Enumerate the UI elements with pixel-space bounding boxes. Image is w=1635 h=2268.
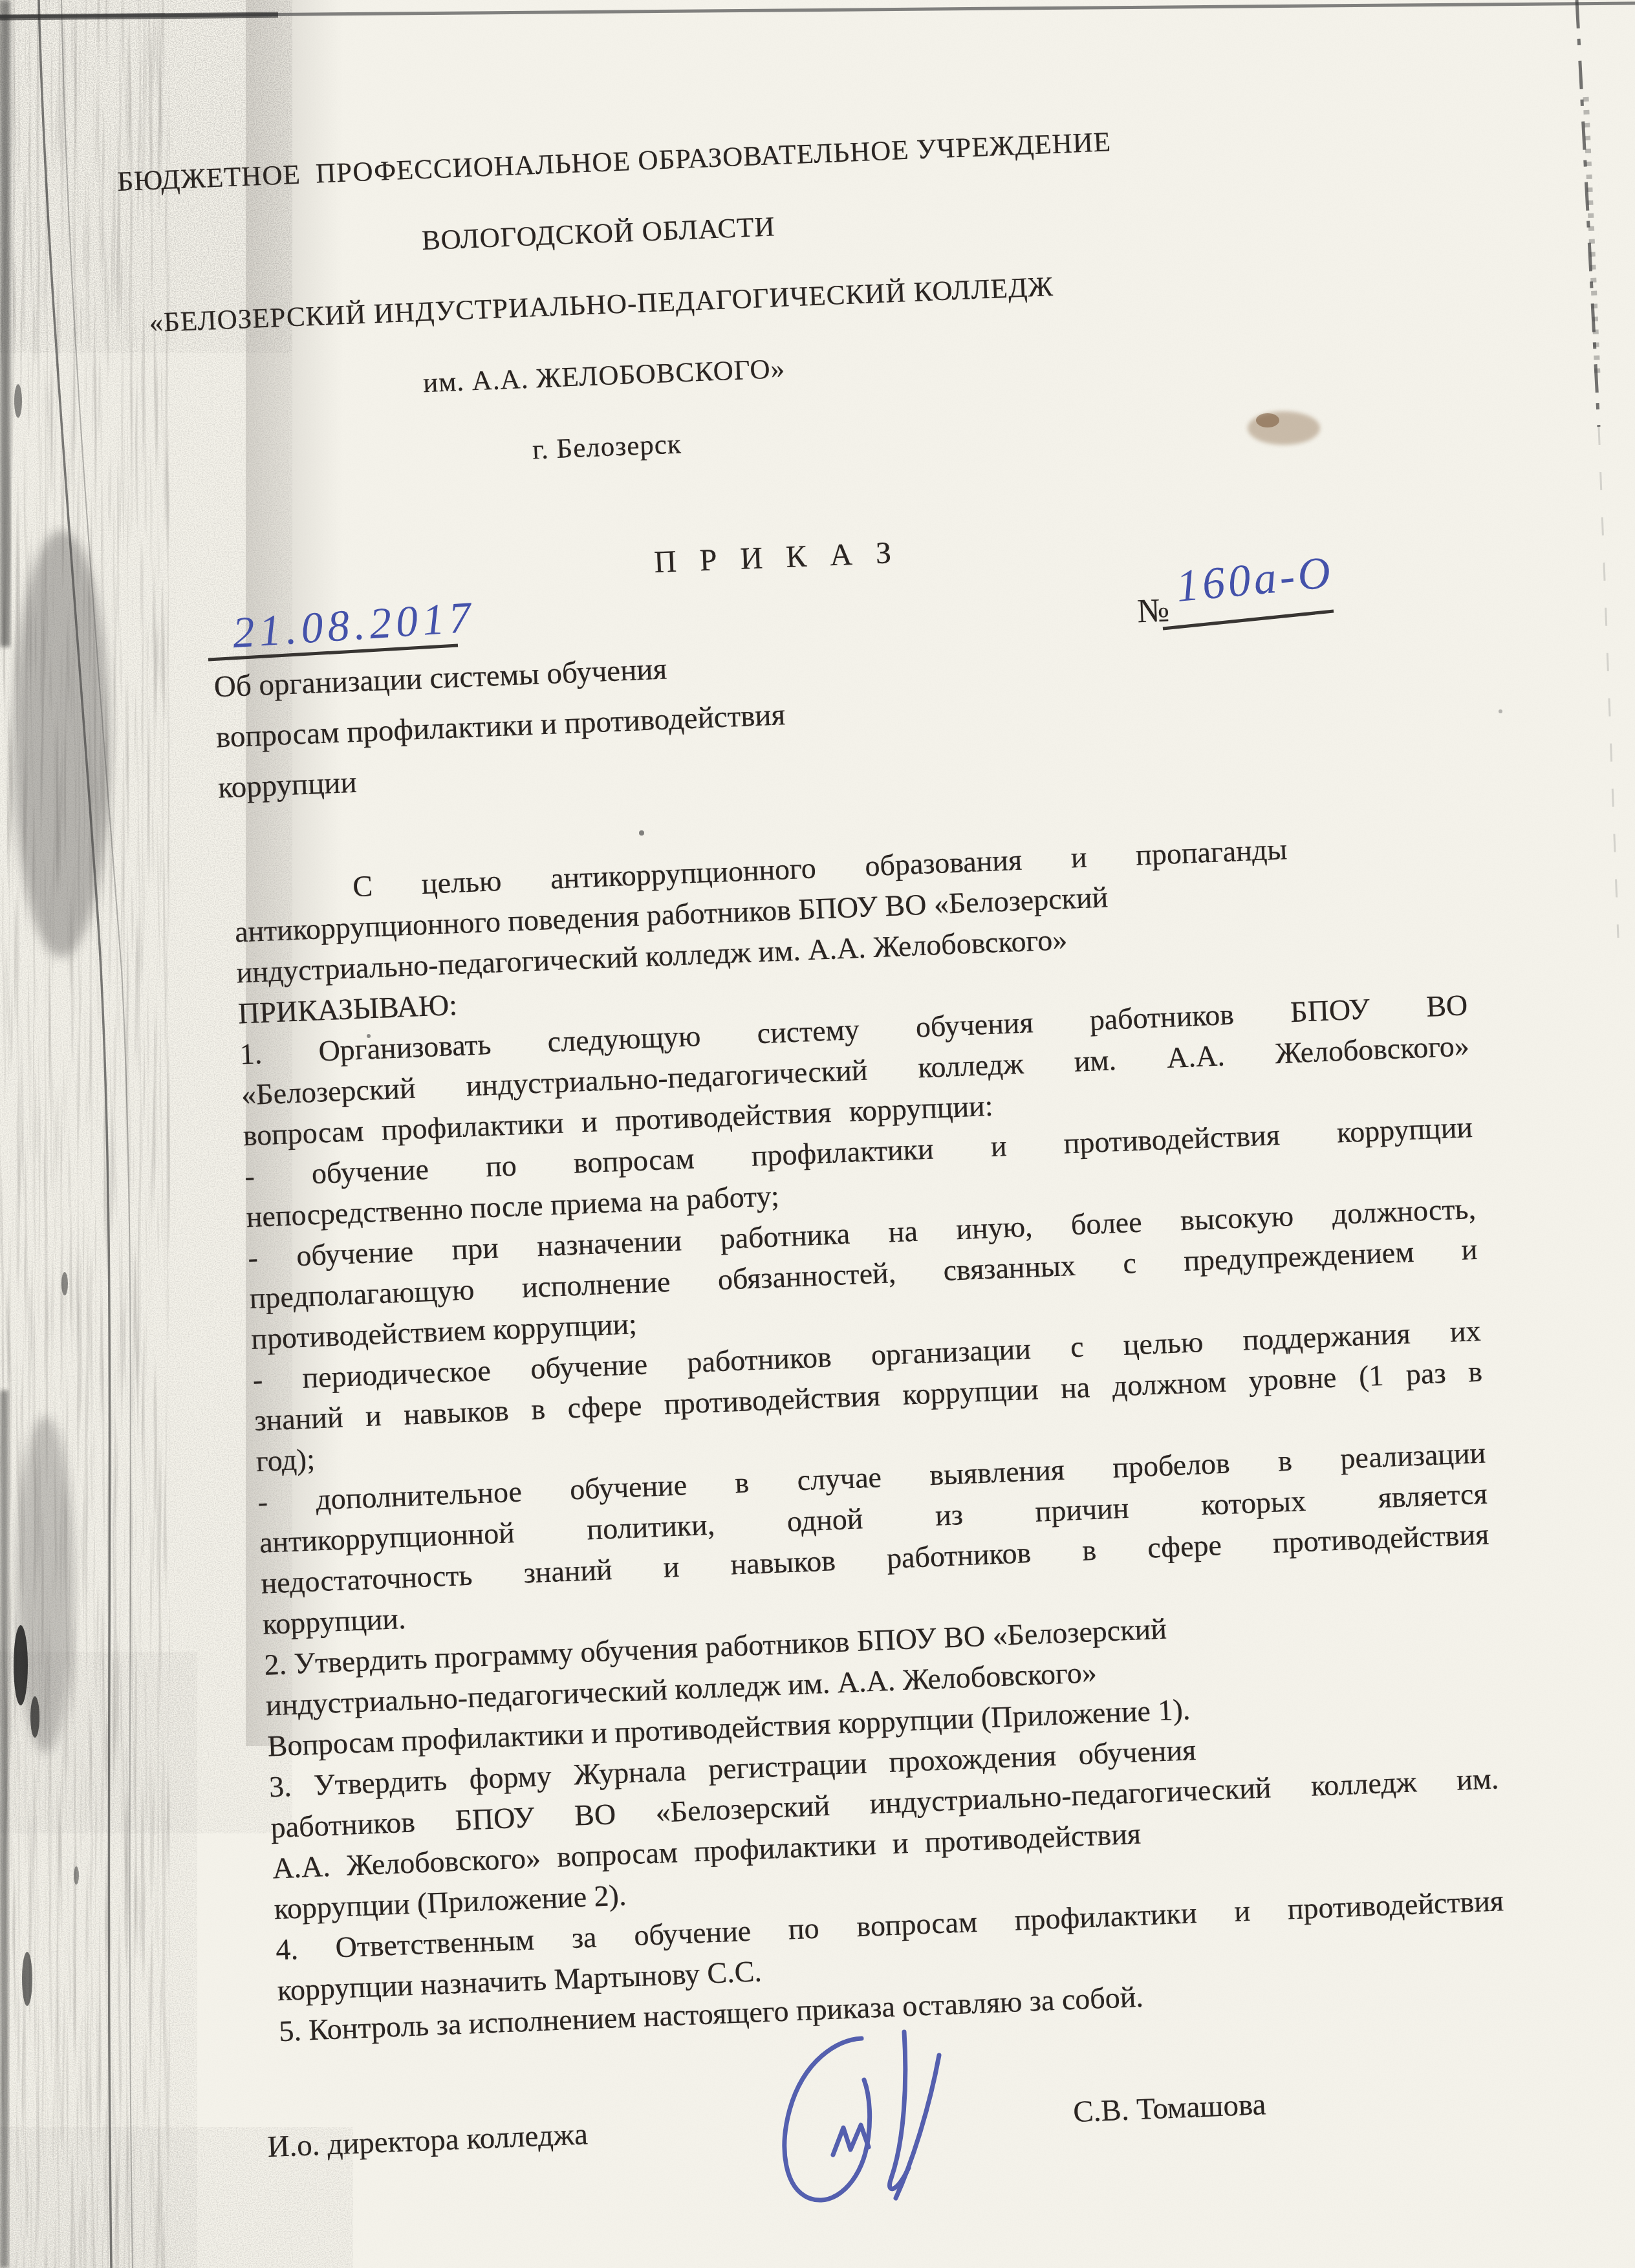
signature-row: И.о. директора колледжа С.В. Томашова <box>266 2079 1528 2175</box>
document-content: БЮДЖЕТНОЕ ПРОФЕССИОНАЛЬНОЕ ОБРАЗОВАТЕЛЬН… <box>0 0 1635 2266</box>
org-header: БЮДЖЕТНОЕ ПРОФЕССИОНАЛЬНОЕ ОБРАЗОВАТЕЛЬН… <box>116 127 1087 521</box>
signature-role: И.о. директора колледжа <box>266 2117 588 2165</box>
order-date-handwritten: 21.08.2017 <box>231 591 477 658</box>
order-subject: Об организации системы обучения вопросам… <box>213 644 788 818</box>
scanned-order-page: БЮДЖЕТНОЕ ПРОФЕССИОНАЛЬНОЕ ОБРАЗОВАТЕЛЬН… <box>0 0 1635 2268</box>
order-body: С целью антикоррупционного образования и… <box>232 821 1508 2051</box>
signature-name: С.В. Томашова <box>1072 2087 1266 2130</box>
order-number-label: № <box>1136 591 1170 631</box>
